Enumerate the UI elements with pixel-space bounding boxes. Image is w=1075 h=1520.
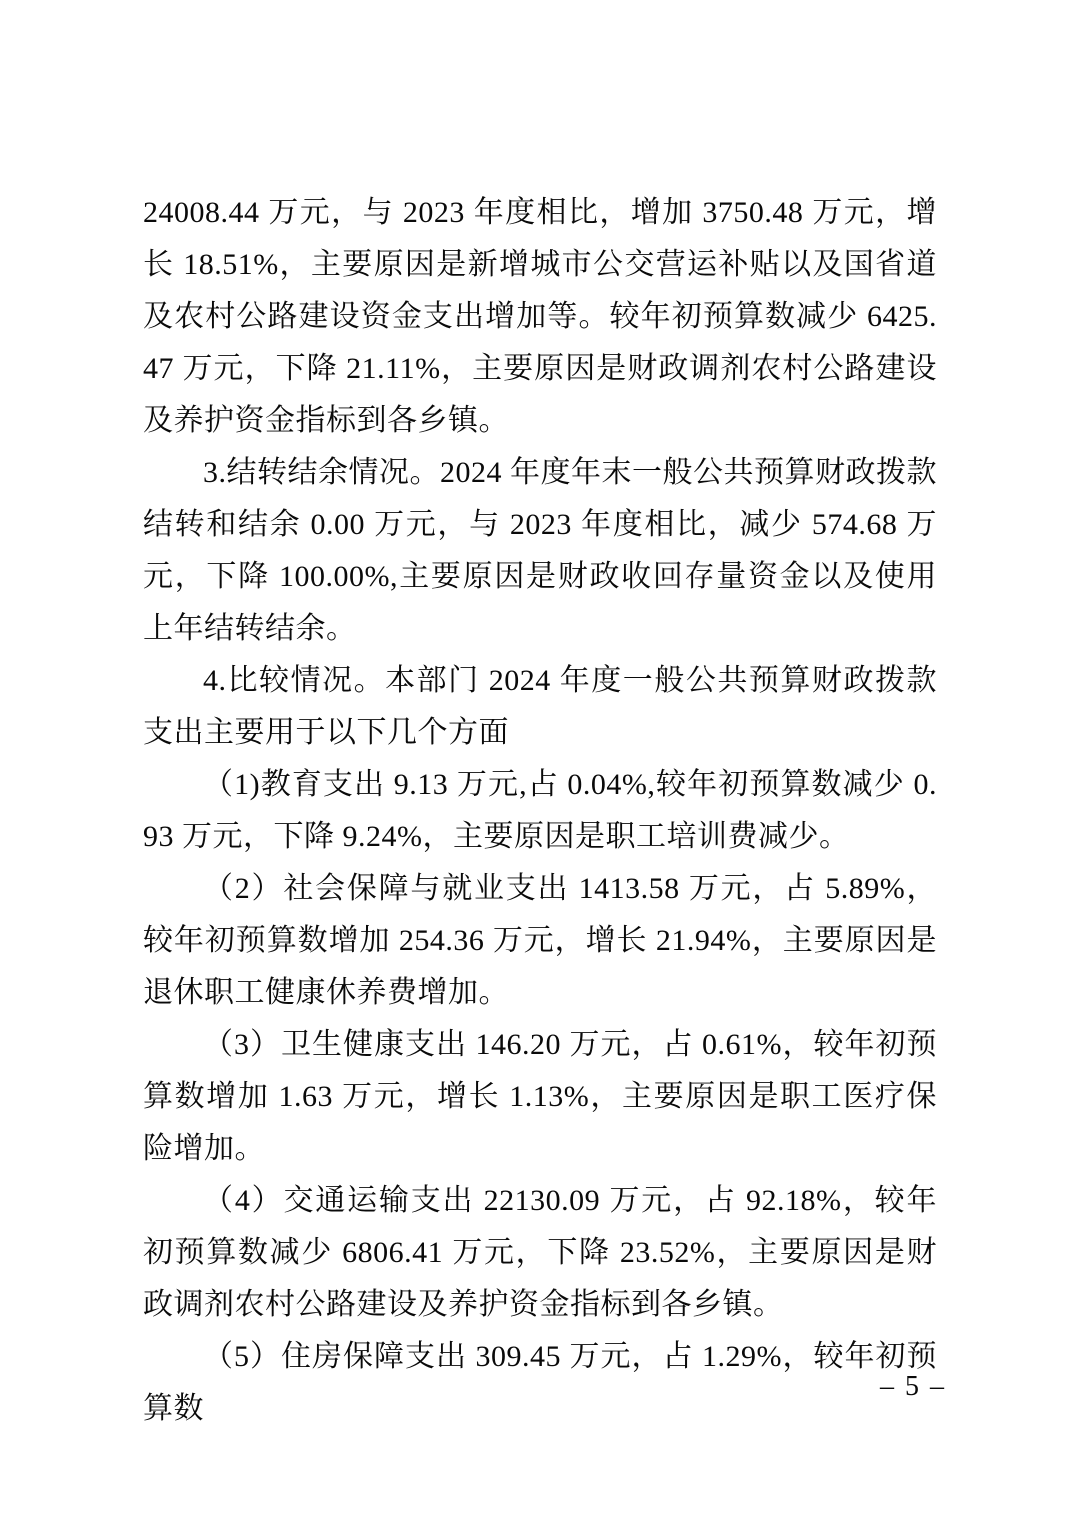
paragraph-item-1-education: （1)教育支出 9.13 万元,占 0.04%,较年初预算数减少 0.93 万元… [143, 759, 937, 863]
paragraph-item-3-health: （3）卫生健康支出 146.20 万元，占 0.61%，较年初预算数增加 1.6… [143, 1019, 937, 1175]
paragraph-item-4-transportation: （4）交通运输支出 22130.09 万元，占 92.18%，较年初预算数减少 … [143, 1175, 937, 1331]
paragraph-carryover-expenditure: 24008.44 万元，与 2023 年度相比，增加 3750.48 万元，增长… [143, 187, 937, 447]
paragraph-carryforward-balance: 3.结转结余情况。2024 年度年末一般公共预算财政拨款结转和结余 0.00 万… [143, 447, 937, 655]
paragraph-item-2-social-security: （2）社会保障与就业支出 1413.58 万元，占 5.89%，较年初预算数增加… [143, 863, 937, 1019]
text-content-area: 24008.44 万元，与 2023 年度相比，增加 3750.48 万元，增长… [143, 187, 937, 1435]
document-page: 24008.44 万元，与 2023 年度相比，增加 3750.48 万元，增长… [0, 0, 1075, 1520]
page-number: – 5 – [858, 1370, 968, 1404]
paragraph-item-5-housing: （5）住房保障支出 309.45 万元，占 1.29%，较年初预算数 [143, 1331, 937, 1435]
paragraph-comparison-intro: 4.比较情况。本部门 2024 年度一般公共预算财政拨款支出主要用于以下几个方面 [143, 655, 937, 759]
